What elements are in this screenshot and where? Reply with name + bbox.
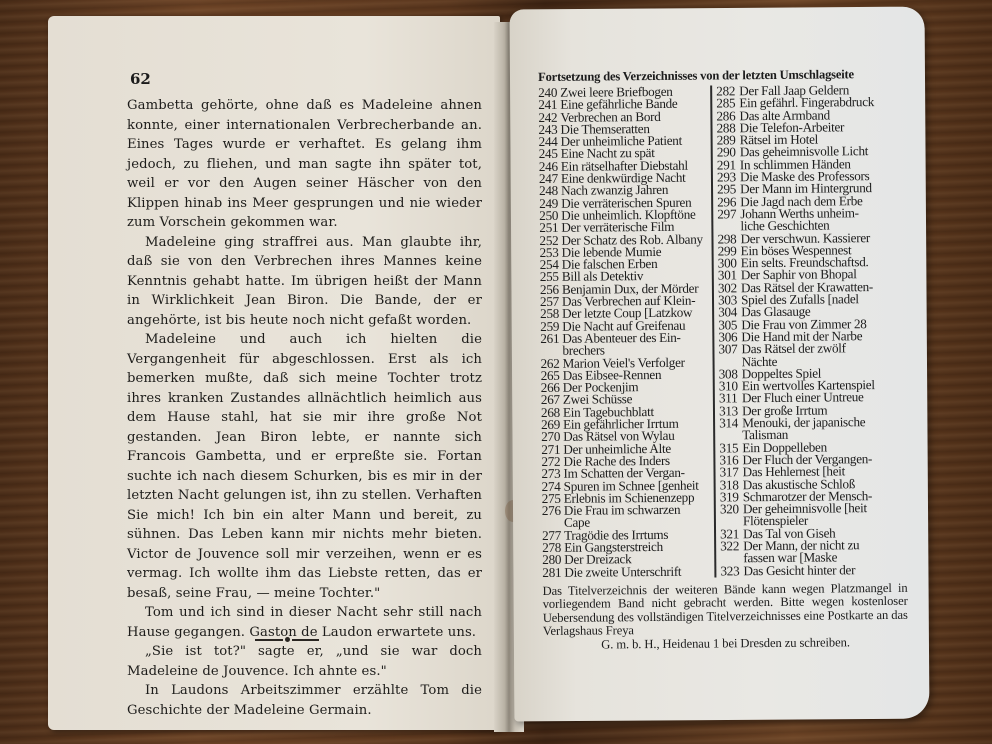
paragraph: Madeleine ging straffrei aus. Man glaubt… bbox=[127, 233, 482, 331]
index-entry: 281Die zweite Unterschrift bbox=[542, 565, 711, 579]
index-entry: 307Das Rätsel der zwölfNächte bbox=[718, 342, 912, 368]
entry-number: 322 bbox=[720, 540, 743, 565]
index-entry: 276Die Frau im schwarzenCape bbox=[542, 504, 711, 530]
index-entry: 320Der geheimnisvolle [heitFlötenspieler bbox=[720, 502, 914, 528]
paragraph: Madeleine und auch ich hielten die Verga… bbox=[127, 330, 482, 603]
entry-title: Das Gesicht hinter der bbox=[743, 564, 855, 577]
entry-number: 320 bbox=[720, 503, 743, 528]
entry-number: 314 bbox=[719, 417, 742, 442]
index-entry: 323Das Gesicht hinter der bbox=[720, 563, 914, 577]
publisher-note: Das Titelverzeichnis der weiteren Bände … bbox=[542, 582, 908, 653]
entry-number: 281 bbox=[542, 566, 564, 578]
paragraph: „Sie ist tot?" sagte er, „und sie war do… bbox=[127, 642, 482, 681]
title-index: Fortsetzung des Verzeichnisses von der l… bbox=[538, 67, 915, 653]
entry-title: Die zweite Unterschrift bbox=[564, 565, 681, 578]
index-heading: Fortsetzung des Verzeichnisses von der l… bbox=[538, 67, 910, 85]
index-column-right: 282Der Fall Jaap Geldern285Ein gefährl. … bbox=[716, 84, 914, 578]
index-entry: 297Johann Werths unheim-liche Geschichte… bbox=[717, 207, 911, 233]
paragraph: In Laudons Arbeitszimmer erzählte Tom di… bbox=[127, 681, 482, 720]
page-number: 62 bbox=[130, 70, 151, 88]
index-entry: 322Der Mann, der nicht zufassen war [Mas… bbox=[720, 539, 914, 565]
entry-number: 297 bbox=[717, 208, 740, 233]
index-columns: 240Zwei leere Briefbogen241Eine gefährli… bbox=[538, 84, 914, 579]
index-column-left: 240Zwei leere Briefbogen241Eine gefährli… bbox=[538, 85, 714, 578]
publisher-note-text: Das Titelverzeichnis der weiteren Bände … bbox=[542, 581, 907, 639]
entry-number: 307 bbox=[718, 343, 741, 368]
paragraph: Gambetta gehörte, ohne daß es Madeleine … bbox=[127, 96, 482, 233]
end-ornament-icon bbox=[255, 636, 319, 644]
entry-number: 276 bbox=[542, 505, 564, 530]
index-entry: 261Das Abenteuer des Ein-brechers bbox=[540, 331, 709, 357]
entry-number: 323 bbox=[720, 565, 743, 577]
entry-number: 261 bbox=[540, 333, 562, 358]
index-entry: 314Menouki, der japanischeTalisman bbox=[719, 416, 913, 442]
story-text: Gambetta gehörte, ohne daß es Madeleine … bbox=[127, 96, 482, 720]
